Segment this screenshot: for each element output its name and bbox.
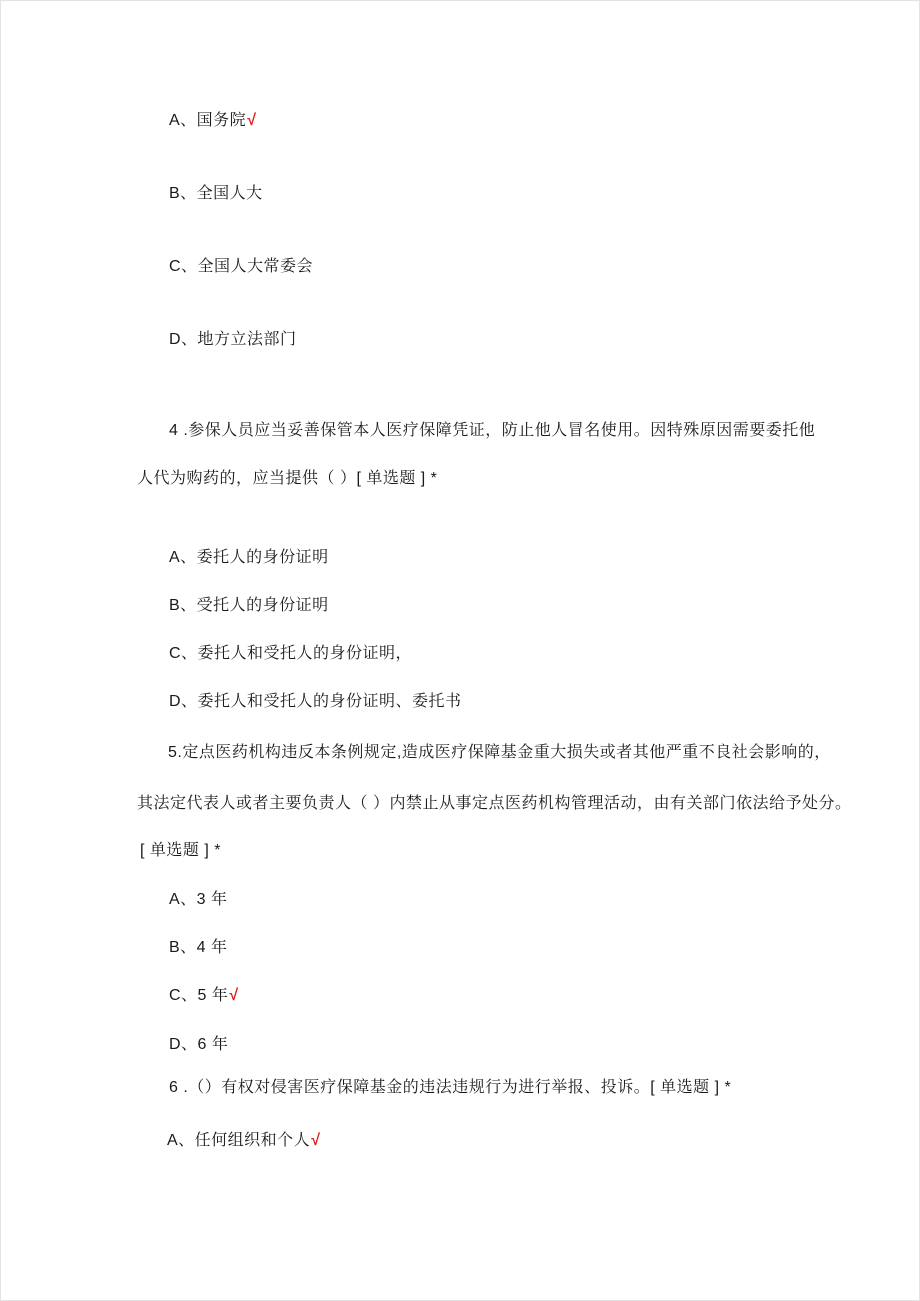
answer-checkmark: √ — [247, 112, 256, 129]
option-text: A、委托人的身份证明 — [169, 549, 329, 566]
q4-option-d: D、委托人和受托人的身份证明、委托书 — [169, 694, 463, 710]
q3-option-d: D、地方立法部门 — [169, 332, 298, 348]
option-text: D、6 年 — [169, 1036, 228, 1053]
q4-stem-line1: 4 .参保人员应当妥善保管本人医疗保障凭证，防止他人冒名使用。因特殊原因需要委托… — [169, 423, 815, 439]
option-text: D、地方立法部门 — [169, 331, 297, 348]
q4-option-a: A、委托人的身份证明 — [169, 550, 330, 566]
option-text: D、委托人和受托人的身份证明、委托书 — [169, 693, 462, 710]
option-text: C、委托人和受托人的身份证明， — [169, 645, 412, 662]
question-type-tag: [ 单选题 ] * — [140, 842, 221, 859]
q5-option-b: B、4 年 — [169, 940, 229, 956]
q3-option-a: A、国务院√ — [169, 113, 256, 129]
option-text: C、5 年 — [169, 987, 228, 1004]
option-text: B、受托人的身份证明 — [169, 597, 329, 614]
exam-document-page: A、国务院√ B、全国人大 C、全国人大常委会 D、地方立法部门 4 .参保人员… — [0, 0, 920, 1301]
q4-stem-line2: 人代为购药的，应当提供（ ）[ 单选题 ] * — [137, 471, 437, 487]
answer-checkmark: √ — [311, 1132, 320, 1149]
option-text: B、全国人大 — [169, 185, 263, 202]
q5-stem-line2: 其法定代表人或者主要负责人（ ）内禁止从事定点医药机构管理活动，由有关部门依法给… — [137, 796, 851, 812]
q5-stem-line1: 5.定点医药机构违反本条例规定,造成医疗保障基金重大损失或者其他严重不良社会影响… — [168, 745, 831, 761]
question-stem-text: 4 .参保人员应当妥善保管本人医疗保障凭证，防止他人冒名使用。因特殊原因需要委托… — [169, 422, 815, 439]
option-text: B、4 年 — [169, 939, 228, 956]
q5-option-c: C、5 年√ — [169, 988, 239, 1004]
q4-option-b: B、受托人的身份证明 — [169, 598, 330, 614]
question-stem-text: 5.定点医药机构违反本条例规定,造成医疗保障基金重大损失或者其他严重不良社会影响… — [168, 744, 831, 761]
option-text: A、国务院 — [169, 112, 246, 129]
q3-option-c: C、全国人大常委会 — [169, 259, 314, 275]
option-text: A、3 年 — [169, 891, 228, 908]
q5-option-a: A、3 年 — [169, 892, 229, 908]
question-stem-text: 6 .（）有权对侵害医疗保障基金的违法违规行为进行举报、投诉。[ 单选题 ] * — [169, 1079, 731, 1096]
q3-option-b: B、全国人大 — [169, 186, 264, 202]
q5-stem-line3: [ 单选题 ] * — [140, 843, 221, 859]
question-stem-text: 人代为购药的，应当提供（ ）[ 单选题 ] * — [137, 470, 437, 487]
option-text: A、任何组织和个人 — [167, 1132, 310, 1149]
answer-checkmark: √ — [229, 987, 238, 1004]
q5-option-d: D、6 年 — [169, 1037, 229, 1053]
q4-option-c: C、委托人和受托人的身份证明， — [169, 646, 413, 662]
q6-option-a: A、任何组织和个人√ — [167, 1133, 320, 1149]
q6-stem: 6 .（）有权对侵害医疗保障基金的违法违规行为进行举报、投诉。[ 单选题 ] * — [169, 1080, 731, 1096]
question-stem-text: 其法定代表人或者主要负责人（ ）内禁止从事定点医药机构管理活动，由有关部门依法给… — [137, 795, 851, 812]
option-text: C、全国人大常委会 — [169, 258, 313, 275]
